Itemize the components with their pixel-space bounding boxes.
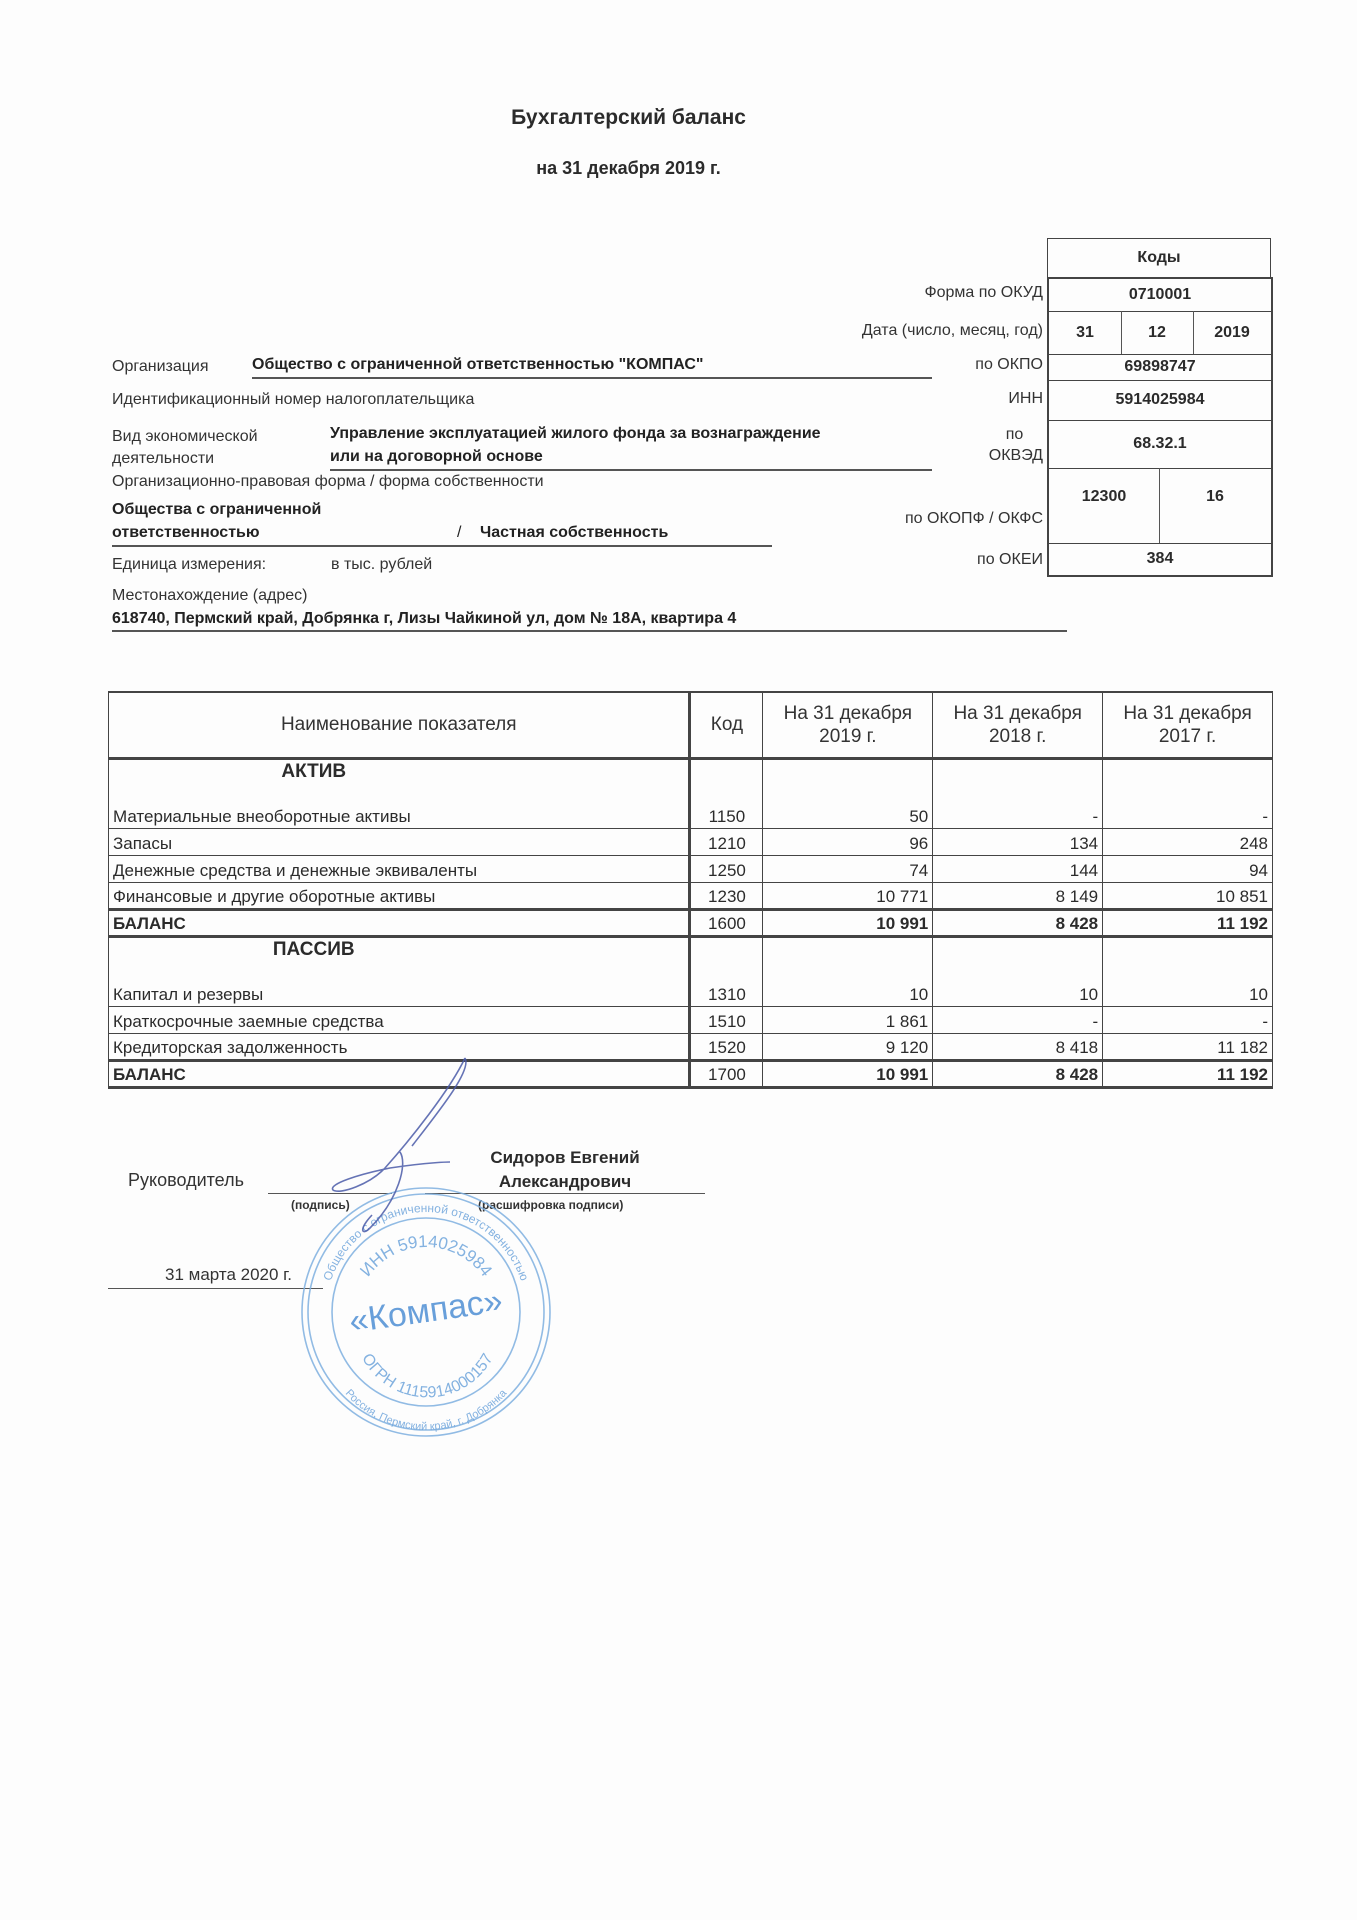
okei-code: 384 (1047, 543, 1273, 577)
row-value-2018: 8 149 (933, 882, 1103, 909)
row-name: Финансовые и другие оборотные активы (109, 882, 690, 909)
row-value-2017: 11 182 (1103, 1033, 1273, 1060)
unit-value: в тыс. рублей (331, 556, 432, 574)
address-label: Местонахождение (адрес) (112, 587, 307, 605)
okfs-code: 16 (1159, 488, 1271, 506)
table-row: Денежные средства и денежные эквиваленты… (109, 855, 1273, 882)
org-label: Организация (112, 358, 209, 376)
address-value: 618740, Пермский край, Добрянка г, Лизы … (112, 610, 1067, 632)
row-value-2019: 1 861 (763, 1006, 933, 1033)
row-value-2018: - (933, 1006, 1103, 1033)
total-2019: 10 991 (763, 1060, 933, 1087)
row-value-2019: 10 (763, 936, 933, 1006)
row-name: АКТИВМатериальные внеоборотные активы (109, 758, 690, 828)
okud-code: 0710001 (1047, 277, 1273, 312)
unit-label: Единица измерения: (112, 556, 266, 574)
okpo-code: 69898747 (1047, 354, 1273, 381)
table-row: АКТИВМатериальные внеоборотные активы115… (109, 758, 1273, 828)
total-2017: 11 192 (1103, 909, 1273, 936)
table-row: Краткосрочные заемные средства15101 861-… (109, 1006, 1273, 1033)
row-value-2018: 8 418 (933, 1033, 1103, 1060)
row-value-2018: 144 (933, 855, 1103, 882)
row-value-2017: 10 851 (1103, 882, 1273, 909)
table-row: ПАССИВКапитал и резервы1310101010 (109, 936, 1273, 1006)
legal-form-label: Организационно-правовая форма / форма со… (112, 473, 544, 491)
balance-table: Наименование показателя Код На 31 декабр… (108, 691, 1273, 1089)
row-value-2019: 9 120 (763, 1033, 933, 1060)
row-value-2017: 94 (1103, 855, 1273, 882)
date-code: 31 12 2019 (1047, 311, 1273, 355)
okopf-label: по ОКОПФ / ОКФС (800, 510, 1043, 528)
row-value-2017: 10 (1103, 936, 1273, 1006)
activity-label: Вид экономической деятельности (112, 426, 258, 470)
okopf-code: 12300 (1049, 488, 1159, 506)
org-name: Общество с ограниченной ответственностью… (252, 356, 932, 379)
row-name: Денежные средства и денежные эквиваленты (109, 855, 690, 882)
total-code: 1700 (690, 1060, 763, 1087)
section-title: АКТИВ (113, 761, 684, 783)
document-date: на 31 декабря 2019 г. (0, 158, 1257, 179)
table-row: Запасы121096134248 (109, 828, 1273, 855)
date-day: 31 (1049, 324, 1121, 342)
inn-code: 5914025984 (1047, 380, 1273, 421)
total-2018: 8 428 (933, 1060, 1103, 1087)
row-value-2018: - (933, 758, 1103, 828)
sign-date-line (108, 1288, 323, 1289)
row-code: 1250 (690, 855, 763, 882)
row-value-2019: 96 (763, 828, 933, 855)
row-code: 1210 (690, 828, 763, 855)
col-code: Код (690, 692, 763, 758)
row-code: 1230 (690, 882, 763, 909)
row-value-2017: - (1103, 758, 1273, 828)
table-row: Финансовые и другие оборотные активы1230… (109, 882, 1273, 909)
row-name: Краткосрочные заемные средства (109, 1006, 690, 1033)
total-2017: 11 192 (1103, 1060, 1273, 1087)
row-value-2019: 50 (763, 758, 933, 828)
okopf-okfs-code: 12300 16 (1047, 468, 1273, 544)
legal-form-value: Общества с ограниченной ответственностью… (112, 498, 772, 547)
document-title: Бухгалтерский баланс (0, 106, 1257, 130)
okved-code: 68.32.1 (1047, 420, 1273, 469)
row-value-2018: 134 (933, 828, 1103, 855)
row-code: 1310 (690, 936, 763, 1006)
okud-label: Форма по ОКУД (700, 284, 1043, 302)
row-value-2019: 10 771 (763, 882, 933, 909)
taxpayer-id-label: Идентификационный номер налогоплательщик… (112, 391, 474, 409)
codes-header: Коды (1047, 238, 1271, 278)
table-total-row: БАЛАНС170010 9918 42811 192 (109, 1060, 1273, 1087)
col-2018: На 31 декабря 2018 г. (933, 692, 1103, 758)
row-value-2019: 74 (763, 855, 933, 882)
row-code: 1150 (690, 758, 763, 828)
total-code: 1600 (690, 909, 763, 936)
total-2019: 10 991 (763, 909, 933, 936)
okei-label: по ОКЕИ (900, 551, 1043, 569)
inn-code-label: ИНН (900, 390, 1043, 408)
ownership-value: Частная собственность (480, 521, 668, 544)
handwritten-signature (300, 1050, 500, 1240)
okved-label: по ОКВЭД (970, 424, 1043, 466)
stamp-center: «Компас» (347, 1281, 505, 1340)
row-name: Запасы (109, 828, 690, 855)
date-year: 2019 (1193, 324, 1271, 342)
row-code: 1520 (690, 1033, 763, 1060)
table-total-row: БАЛАНС160010 9918 42811 192 (109, 909, 1273, 936)
section-title: ПАССИВ (113, 939, 684, 961)
row-value-2018: 10 (933, 936, 1103, 1006)
total-name: БАЛАНС (109, 909, 690, 936)
total-2018: 8 428 (933, 909, 1103, 936)
signer-role: Руководитель (128, 1170, 244, 1191)
col-2017: На 31 декабря 2017 г. (1103, 692, 1273, 758)
table-row: Кредиторская задолженность15209 1208 418… (109, 1033, 1273, 1060)
row-value-2017: 248 (1103, 828, 1273, 855)
col-2019: На 31 декабря 2019 г. (763, 692, 933, 758)
row-value-2017: - (1103, 1006, 1273, 1033)
col-name: Наименование показателя (109, 692, 690, 758)
date-label: Дата (число, месяц, год) (700, 322, 1043, 340)
row-code: 1510 (690, 1006, 763, 1033)
date-month: 12 (1121, 324, 1193, 342)
table-header: Наименование показателя Код На 31 декабр… (109, 692, 1273, 758)
activity-value: Управление эксплуатацией жилого фонда за… (330, 422, 932, 471)
row-name: ПАССИВКапитал и резервы (109, 936, 690, 1006)
sign-date: 31 марта 2020 г. (165, 1265, 292, 1285)
